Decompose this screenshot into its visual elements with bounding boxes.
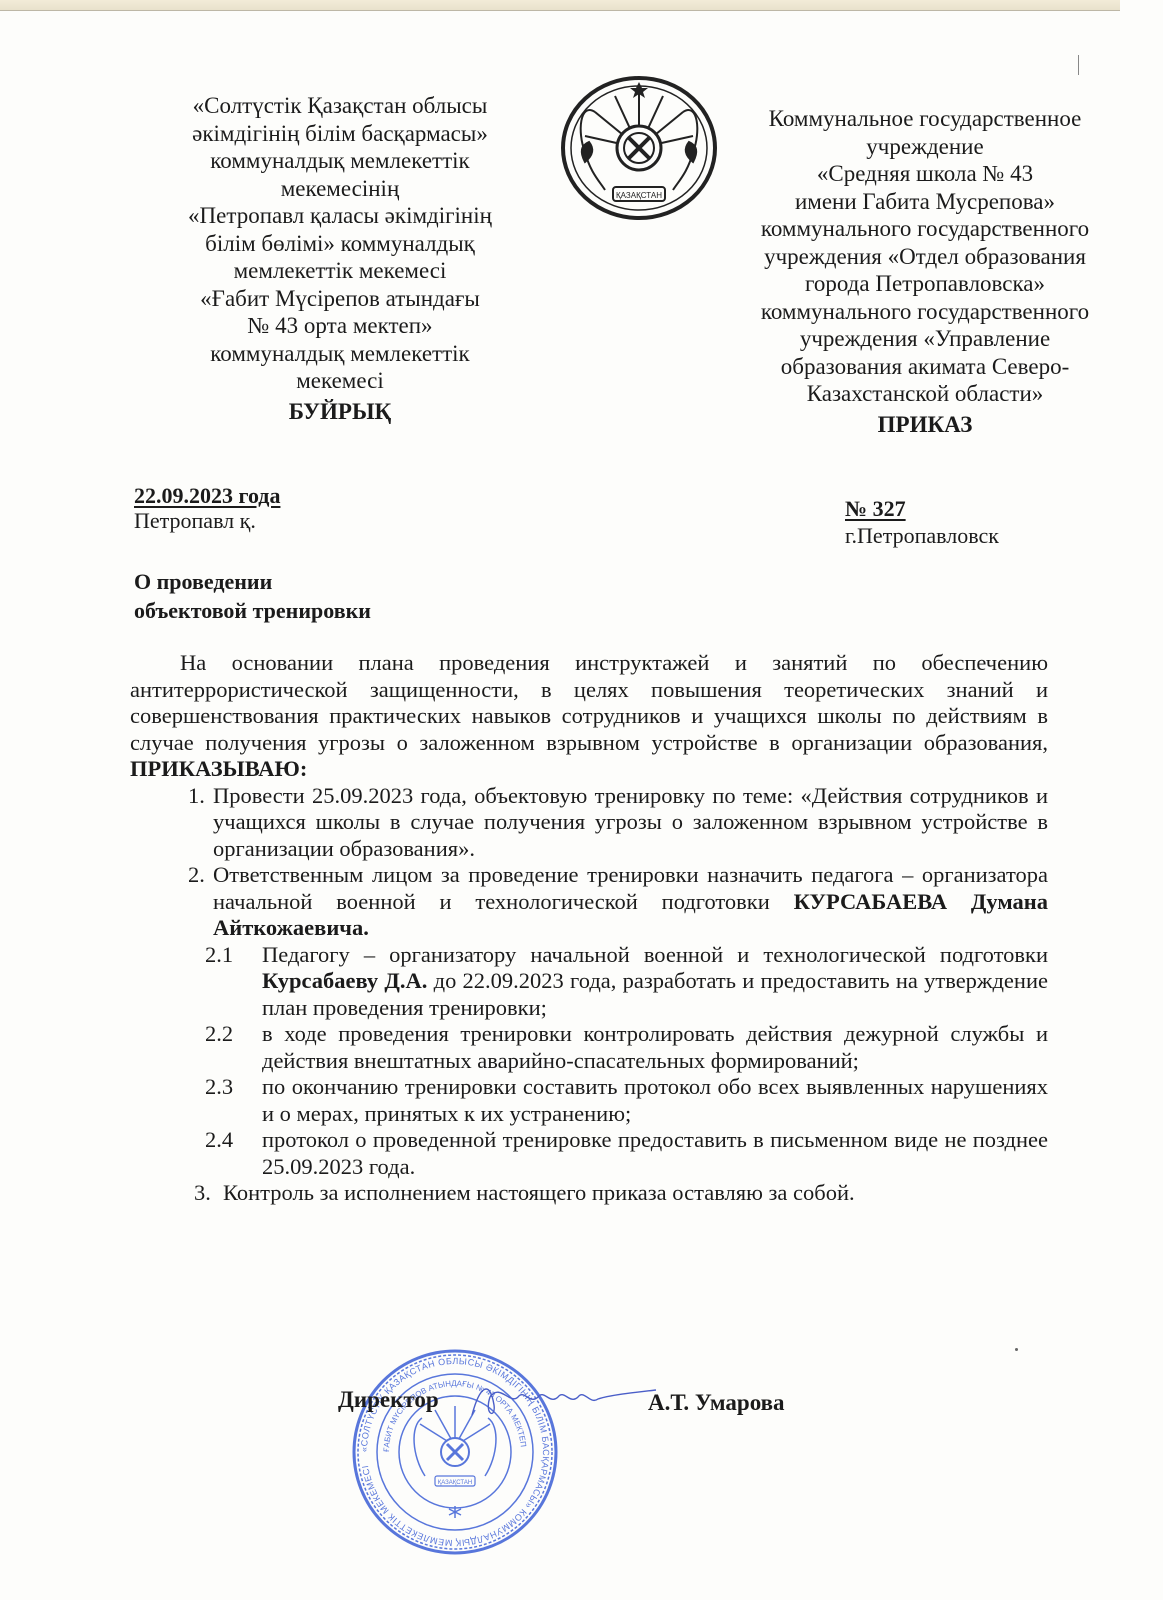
subitem-text: по окончанию тренировки составить проток… (262, 1074, 1048, 1126)
item-number: 3. (194, 1180, 211, 1207)
responsible-person-short: Курсабаеву Д.А. (262, 968, 427, 993)
svg-text:ҚАЗАҚСТАН: ҚАЗАҚСТАН (438, 1480, 473, 1486)
subitem-text: протокол о проведенной тренировке предос… (262, 1127, 1048, 1179)
scan-artifact (1015, 1348, 1018, 1351)
header-kz-line: әкімдігінің білім басқармасы» (150, 120, 530, 148)
order-item-1: 1. Провести 25.09.2023 года, объектовую … (130, 783, 1048, 863)
header-ru-line: «Средняя школа № 43 (725, 160, 1125, 188)
state-emblem-icon: ҚАЗАҚСТАН (555, 72, 723, 222)
item-number: 2. (188, 862, 205, 889)
intro-paragraph: На основании плана проведения инструктаж… (130, 650, 1048, 783)
header-kz-line: мемлекеттік мекемесі (150, 257, 530, 285)
order-subitem-2-2: 2.2 в ходе проведения тренировки контрол… (130, 1021, 1048, 1074)
order-number: № 327 (845, 496, 906, 522)
header-kz-line: № 43 орта мектеп» (150, 312, 530, 340)
header-ru-line: коммунального государственного (725, 298, 1125, 326)
doc-type-kazakh: БУЙРЫҚ (150, 398, 530, 426)
header-ru-line: города Петропавловска» (725, 270, 1125, 298)
scan-top-edge (0, 0, 1120, 11)
order-subject: О проведении объектовой тренировки (134, 567, 371, 625)
item-number: 1. (188, 783, 205, 810)
header-kz-line: «Ғабит Мүсірепов атындағы (150, 285, 530, 313)
city-kazakh: Петропавл қ. (134, 508, 256, 534)
header-ru-line: имени Габита Мусрепова» (725, 188, 1125, 216)
subitem-number: 2.4 (205, 1127, 233, 1154)
order-directive: ПРИКАЗЫВАЮ: (130, 756, 307, 781)
header-kz-line: білім бөлімі» коммуналдық (150, 230, 530, 258)
header-ru-line: учреждения «Отдел образования (725, 243, 1125, 271)
subject-line: О проведении (134, 567, 371, 596)
header-ru-line: Казахстанской области» (725, 380, 1125, 408)
header-ru-line: Коммунальное государственное (725, 105, 1125, 133)
header-kz-line: мекемесі (150, 367, 530, 395)
subitem-text: Педагогу – организатору начальной военно… (262, 942, 1048, 967)
header-kz-line: коммуналдық мемлекеттік (150, 340, 530, 368)
header-ru-line: учреждения «Управление (725, 325, 1125, 353)
item-text: Провести 25.09.2023 года, объектовую тре… (213, 783, 1048, 861)
header-kz-line: коммуналдық мемлекеттік (150, 147, 530, 175)
header-kz-line: «Солтүстік Қазақстан облысы (150, 92, 530, 120)
intro-text: На основании плана проведения инструктаж… (130, 650, 1048, 755)
header-ru-line: коммунального государственного (725, 215, 1125, 243)
order-subitem-2-1: 2.1 Педагогу – организатору начальной во… (130, 942, 1048, 1022)
order-body: На основании плана проведения инструктаж… (130, 650, 1048, 1207)
header-kz-line: «Петропавл қаласы әкімдігінің (150, 202, 530, 230)
signatory-title: Директор (338, 1387, 439, 1413)
order-date: 22.09.2023 года (134, 483, 280, 509)
city-russian: г.Петропавловск (845, 523, 999, 549)
order-subitem-2-3: 2.3 по окончанию тренировки составить пр… (130, 1074, 1048, 1127)
header-ru-line: учреждение (725, 133, 1125, 161)
item-text: Контроль за исполнением настоящего прика… (223, 1180, 855, 1205)
subitem-number: 2.3 (205, 1074, 233, 1101)
subject-line: объектовой тренировки (134, 596, 371, 625)
subitem-text: в ходе проведения тренировки контролиров… (262, 1021, 1048, 1073)
svg-text:ҚАЗАҚСТАН: ҚАЗАҚСТАН (616, 191, 662, 200)
order-item-2: 2. Ответственным лицом за проведение тре… (130, 862, 1048, 942)
document-page: «Солтүстік Қазақстан облысы әкімдігінің … (0, 0, 1163, 1600)
subitem-number: 2.2 (205, 1021, 233, 1048)
header-ru-line: образования акимата Северо- (725, 353, 1125, 381)
header-kz-line: мекемесінің (150, 175, 530, 203)
doc-type-russian: ПРИКАЗ (725, 411, 1125, 439)
subitem-number: 2.1 (205, 942, 233, 969)
handwritten-signature-icon (460, 1375, 660, 1425)
scan-artifact (1078, 55, 1079, 75)
order-subitem-2-4: 2.4 протокол о проведенной тренировке пр… (130, 1127, 1048, 1180)
header-russian: Коммунальное государственное учреждение … (725, 105, 1125, 438)
order-item-3: 3. Контроль за исполнением настоящего пр… (130, 1180, 1048, 1207)
header-kazakh: «Солтүстік Қазақстан облысы әкімдігінің … (150, 92, 530, 425)
signatory-name: А.Т. Умарова (648, 1390, 785, 1416)
